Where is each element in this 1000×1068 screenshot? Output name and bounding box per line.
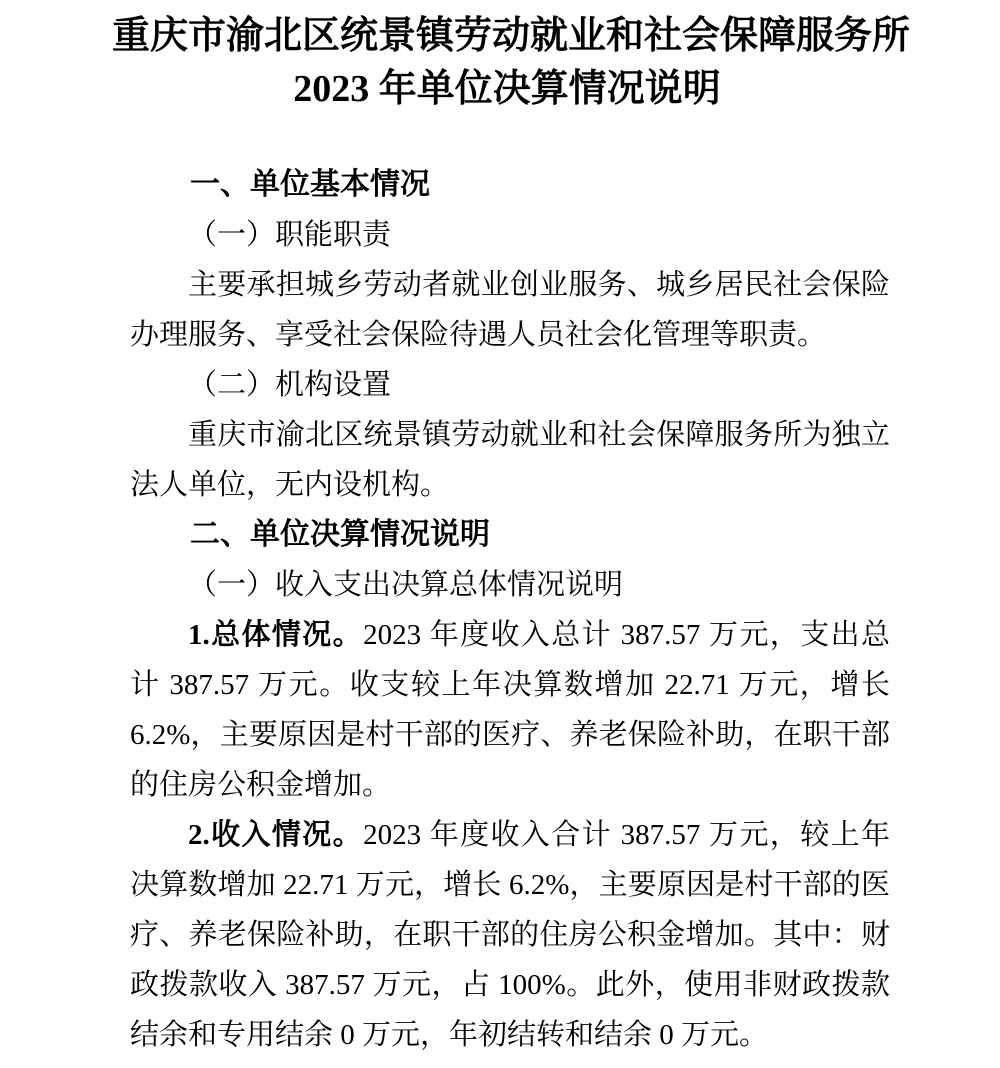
- paragraph-income-situation: 2.收入情况。2023 年度收入合计 387.57 万元，较上年决算数增加 22…: [130, 810, 890, 1060]
- document-page: 重庆市渝北区统景镇劳动就业和社会保障服务所 2023 年单位决算情况说明 一、单…: [0, 0, 1000, 1068]
- overall-lead-label: 总体情况。: [210, 619, 363, 651]
- overall-lead-number: 1.: [188, 619, 210, 651]
- title-line-2: 2023 年单位决算情况说明: [112, 63, 902, 116]
- paragraph-overall-situation: 1.总体情况。2023 年度收入总计 387.57 万元，支出总计 387.57…: [130, 610, 890, 810]
- subsection-heading-duties: （一）职能职责: [130, 210, 890, 260]
- page-title: 重庆市渝北区统景镇劳动就业和社会保障服务所 2023 年单位决算情况说明: [112, 10, 902, 116]
- paragraph-organization: 重庆市渝北区统景镇劳动就业和社会保障服务所为独立法人单位，无内设机构。: [130, 410, 890, 510]
- income-lead-number: 2.: [188, 819, 210, 851]
- title-line-1: 重庆市渝北区统景镇劳动就业和社会保障服务所: [112, 10, 902, 63]
- subsection-heading-organization: （二）机构设置: [130, 360, 890, 410]
- income-lead-label: 收入情况。: [210, 819, 363, 851]
- section-heading-final-accounts: 二、单位决算情况说明: [130, 510, 890, 560]
- income-body-text: 2023 年度收入合计 387.57 万元，较上年决算数增加 22.71 万元，…: [130, 819, 890, 1051]
- section-heading-basic-info: 一、单位基本情况: [130, 160, 890, 210]
- paragraph-duties: 主要承担城乡劳动者就业创业服务、城乡居民社会保险办理服务、享受社会保险待遇人员社…: [130, 260, 890, 360]
- subsection-heading-income-expense-overview: （一）收入支出决算总体情况说明: [130, 560, 890, 610]
